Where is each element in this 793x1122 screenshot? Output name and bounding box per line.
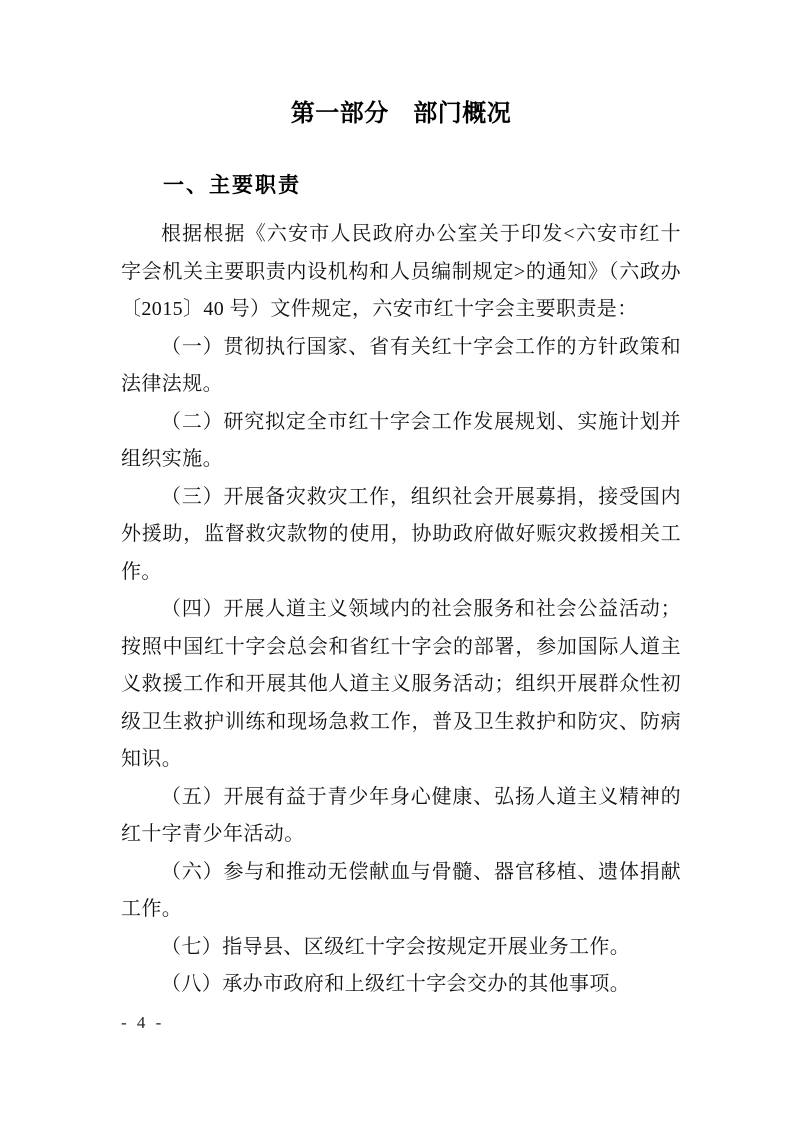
section-body: 根据根据《六安市人民政府办公室关于印发<六安市红十字会机关主要职责内设机构和人员… <box>121 216 681 1004</box>
paragraph-duty-7: （七）指导县、区级红十字会按规定开展业务工作。 <box>121 929 681 967</box>
document-page: 第一部分 部门概况 一、主要职责 根据根据《六安市人民政府办公室关于印发<六安市… <box>0 0 793 1122</box>
paragraph-intro: 根据根据《六安市人民政府办公室关于印发<六安市红十字会机关主要职责内设机构和人员… <box>121 216 681 329</box>
paragraph-duty-6: （六）参与和推动无偿献血与骨髓、器官移植、遗体捐献工作。 <box>121 854 681 929</box>
paragraph-duty-2: （二）研究拟定全市红十字会工作发展规划、实施计划并组织实施。 <box>121 404 681 479</box>
paragraph-duty-8: （八）承办市政府和上级红十字会交办的其他事项。 <box>121 966 681 1004</box>
paragraph-duty-1: （一）贯彻执行国家、省有关红十字会工作的方针政策和法律法规。 <box>121 329 681 404</box>
paragraph-duty-5: （五）开展有益于青少年身心健康、弘扬人道主义精神的红十字青少年活动。 <box>121 779 681 854</box>
document-title: 第一部分 部门概况 <box>121 97 681 130</box>
page-content: 第一部分 部门概况 一、主要职责 根据根据《六安市人民政府办公室关于印发<六安市… <box>0 0 793 1034</box>
section-heading: 一、主要职责 <box>121 173 681 199</box>
paragraph-duty-3: （三）开展备灾救灾工作，组织社会开展募捐，接受国内外援助，监督救灾款物的使用，协… <box>121 479 681 592</box>
paragraph-duty-4: （四）开展人道主义领域内的社会服务和社会公益活动；按照中国红十字会总会和省红十字… <box>121 591 681 779</box>
page-number: - 4 - <box>121 1012 681 1034</box>
